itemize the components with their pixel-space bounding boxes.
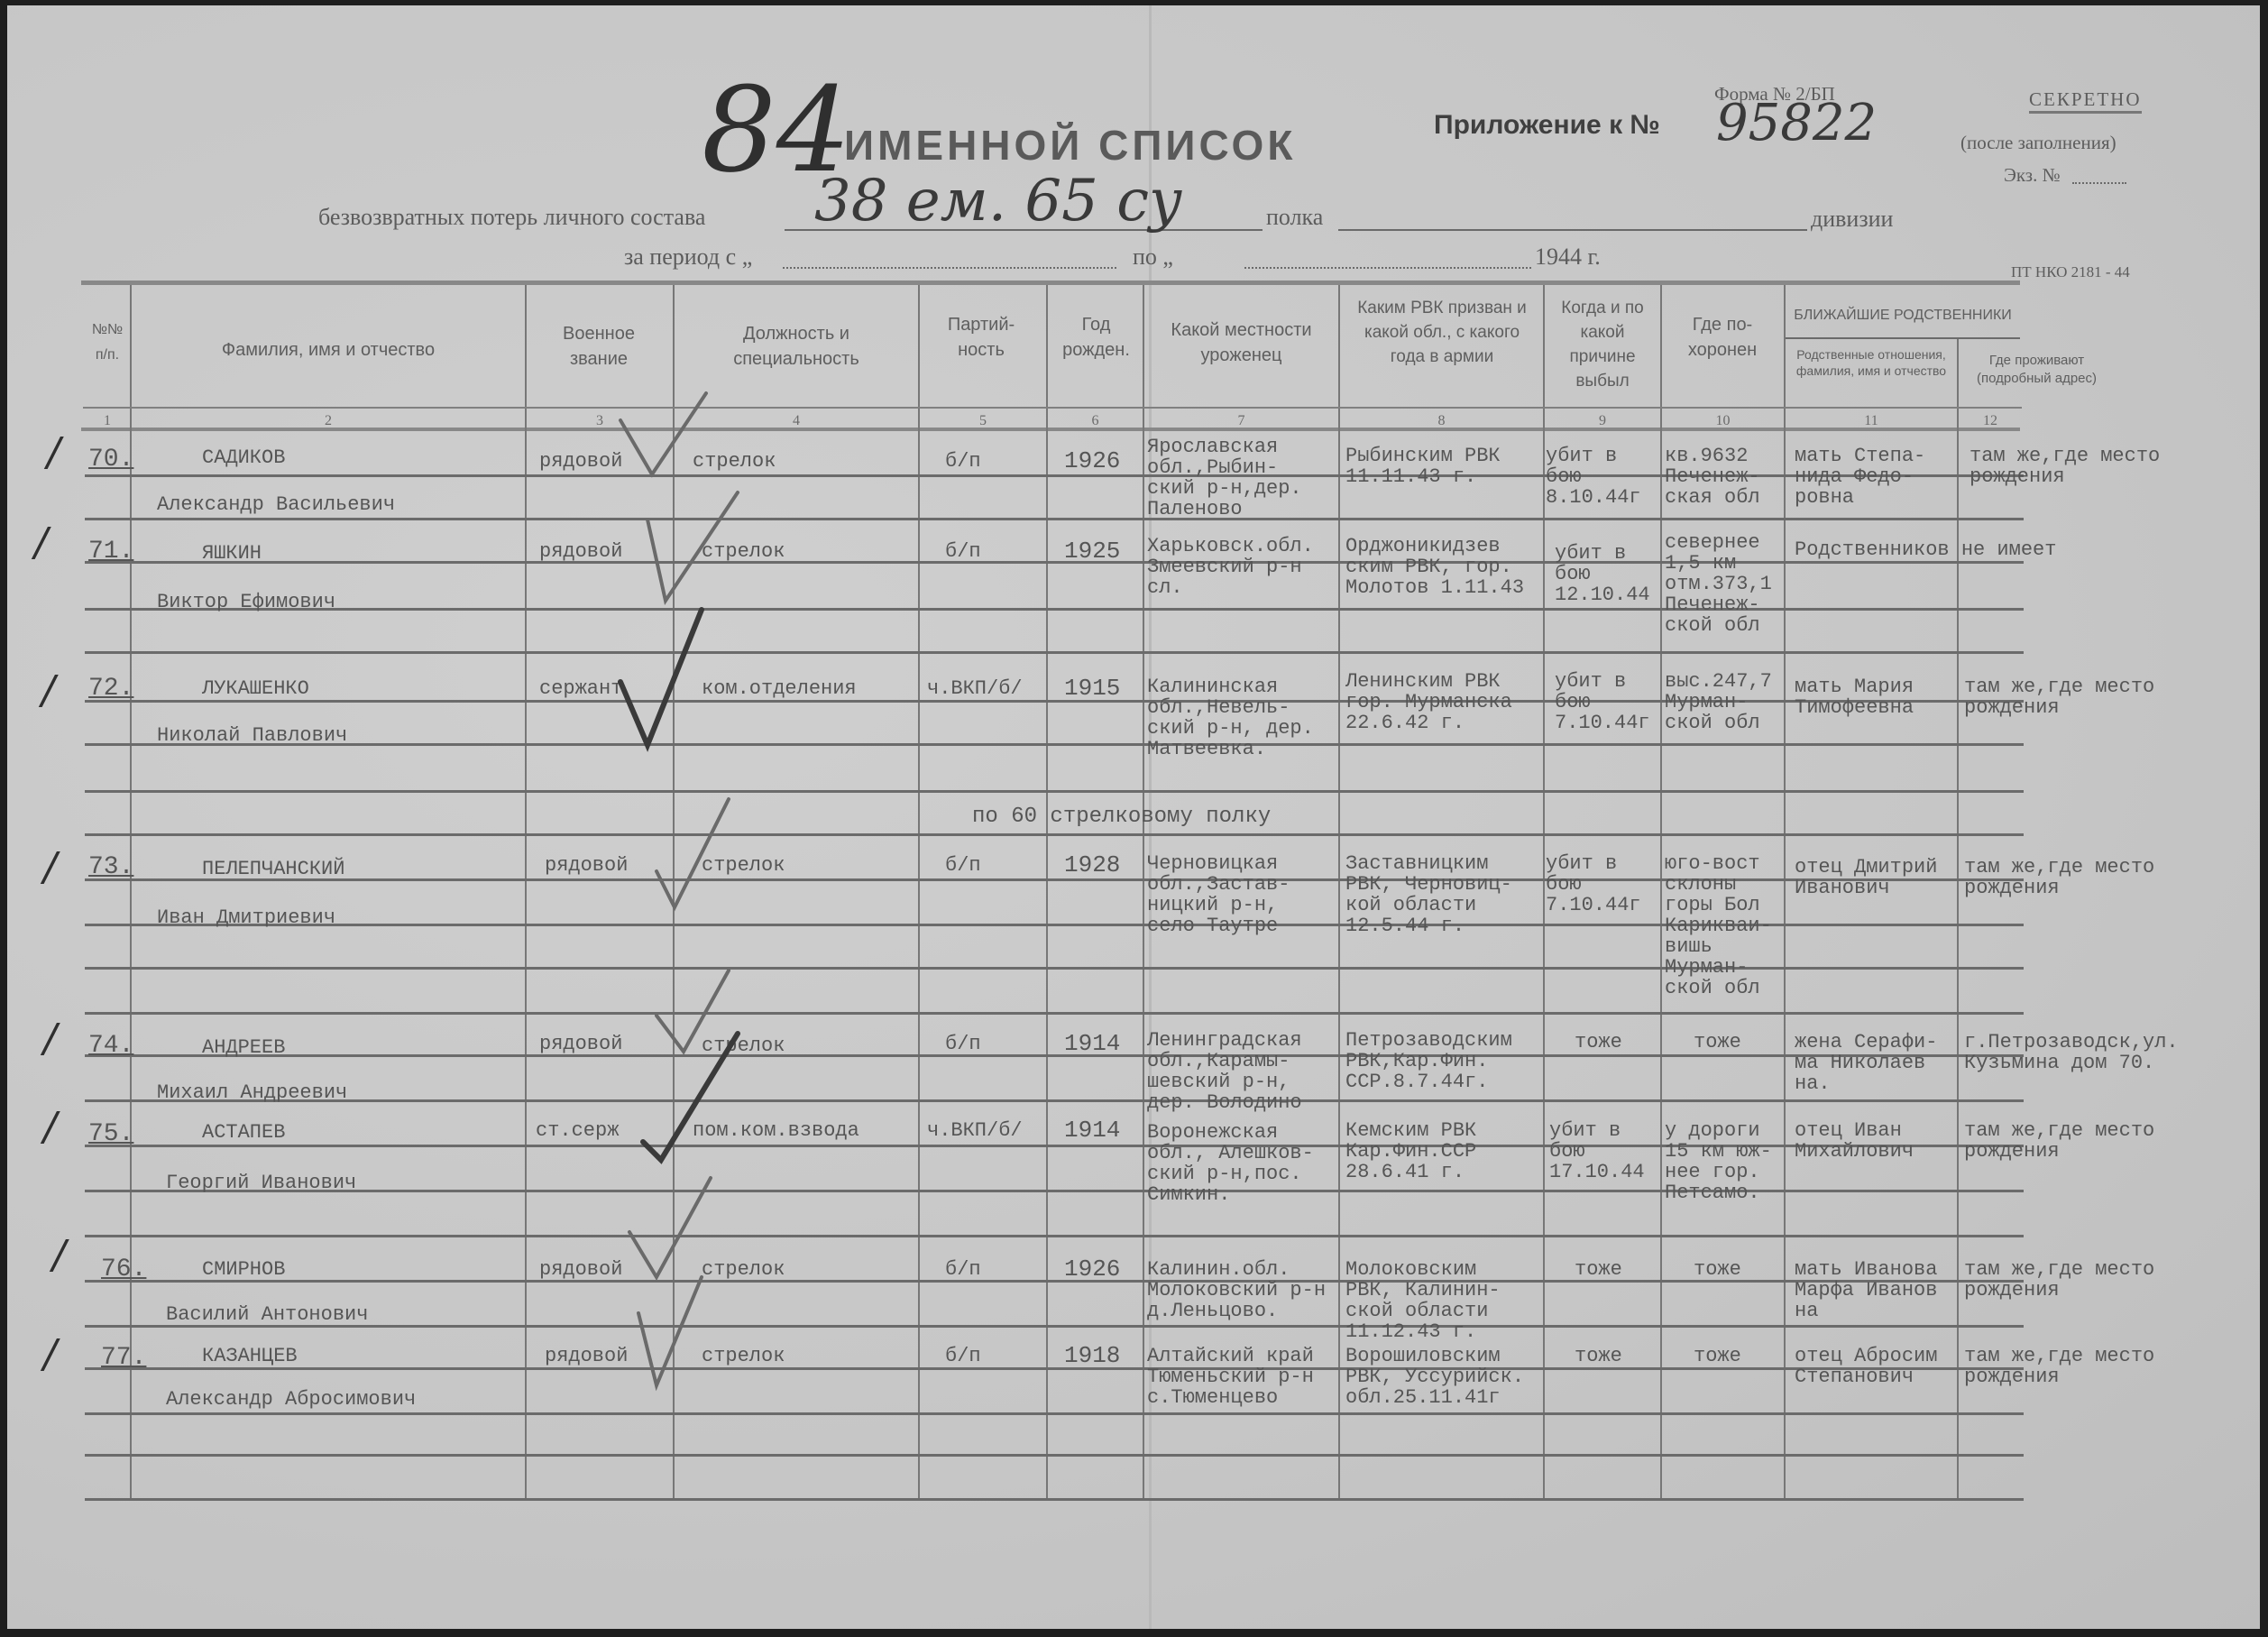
address: там же,где место рождения	[1970, 446, 2160, 487]
col-number-divider	[83, 407, 2022, 409]
division-label: дивизии	[1811, 206, 1893, 233]
surname: ЯШКИН	[202, 543, 262, 564]
period-from-field	[783, 267, 1116, 269]
party: ч.ВКП/б/	[927, 1120, 1023, 1141]
birth-year: 1925	[1064, 541, 1120, 562]
col-header-address: Где проживают (подробный адрес)	[1962, 352, 2111, 388]
birth-year: 1914	[1064, 1034, 1120, 1054]
row-number: 70.	[88, 449, 133, 470]
row-rule	[85, 1012, 2024, 1015]
period-to-field	[1244, 267, 1531, 269]
given-names: Александр Абросимович	[166, 1389, 416, 1410]
col-divider	[918, 285, 920, 1498]
margin-tick-icon: /	[52, 1232, 66, 1278]
surname: ПЕЛЕПЧАНСКИЙ	[202, 859, 344, 879]
row-number: 77.	[101, 1347, 146, 1368]
burial-place: севернее 1,5 км отм.373,1 Печенеж- ской …	[1665, 532, 1772, 636]
margin-tick-icon: /	[43, 1104, 57, 1150]
row-number: 73.	[88, 857, 133, 878]
address: там же,где место рождения	[1964, 1120, 2154, 1162]
row-rule	[85, 743, 2024, 746]
rank: рядовой	[539, 1034, 622, 1054]
col-number: 12	[1959, 413, 2022, 429]
row-number: 75.	[88, 1124, 133, 1145]
burial-place: у дороги 15 км юж- нее гор. Петсамо.	[1665, 1120, 1772, 1203]
rank: сержант	[539, 678, 622, 699]
col-number: 7	[1144, 413, 1338, 429]
col-number: 6	[1048, 413, 1143, 429]
birth-year: 1926	[1064, 1259, 1120, 1280]
relative: жена Серафи- ма Николаев на.	[1795, 1032, 1937, 1094]
secret-note: (после заполнения)	[1960, 132, 2116, 154]
address: там же,где место рождения	[1964, 676, 2154, 718]
rank: рядовой	[539, 541, 622, 562]
row-rule	[85, 1367, 2024, 1370]
given-names: Николай Павлович	[157, 725, 347, 746]
birth-year: 1928	[1064, 855, 1120, 876]
rvk: Ворошиловским РВК, Уссурийск. обл.25.11.…	[1345, 1346, 1524, 1408]
period-to-label: по „	[1133, 244, 1173, 271]
col-number: 1	[85, 413, 130, 429]
table-top-rule	[81, 280, 2020, 285]
birth-year: 1914	[1064, 1120, 1120, 1141]
col-number: 2	[132, 413, 525, 429]
party: б/п	[945, 541, 981, 562]
row-rule	[85, 518, 2024, 520]
given-names: Михаил Андреевич	[157, 1082, 347, 1103]
col-number: 11	[1786, 413, 1957, 429]
burial-place: тоже	[1694, 1032, 1741, 1053]
birth-year: 1918	[1064, 1346, 1120, 1366]
col-divider	[1338, 285, 1340, 1498]
margin-tick-icon: /	[47, 429, 60, 475]
birth-year: 1926	[1064, 451, 1120, 472]
document-title: ИМЕННОЙ СПИСОК	[844, 121, 1296, 170]
row-rule	[85, 651, 2024, 654]
rvk: Рыбинским РВК 11.11.43 г.	[1345, 446, 1501, 487]
row-rule	[85, 1454, 2024, 1457]
party: б/п	[945, 855, 981, 876]
birthplace: Ленинградская обл.,Карамы- шевский р-н, …	[1147, 1030, 1302, 1113]
rvk: Ленинским РВК гор. Мурманска 22.6.42 г.	[1345, 671, 1512, 733]
col-divider	[1543, 285, 1545, 1498]
party: б/п	[945, 1259, 981, 1280]
col-number: 5	[920, 413, 1046, 429]
col-divider	[1660, 285, 1662, 1498]
col-header-rvk: Каким РВК призван и какой обл., с какого…	[1347, 296, 1537, 369]
col-number: 10	[1662, 413, 1784, 429]
col-divider	[525, 285, 527, 1498]
surname: СМИРНОВ	[202, 1259, 285, 1280]
col-header-buried: Где по- хоронен	[1668, 312, 1777, 363]
margin-tick-icon: /	[43, 844, 57, 890]
birthplace: Калининская обл.,Невель- ский р-н, дер. …	[1147, 676, 1314, 759]
col-header-position: Должность и специальность	[684, 321, 909, 372]
document-page: 84 ИМЕННОЙ СПИСОК Форма № 2/БП Приложени…	[7, 5, 2260, 1629]
address: там же,где место рождения	[1964, 1259, 2154, 1301]
address: г.Петрозаводск,ул. Кузьмина дом 70.	[1964, 1032, 2179, 1073]
when-why: тоже	[1575, 1259, 1622, 1280]
given-names: Василий Антонович	[166, 1304, 368, 1325]
margin-tick-icon: /	[34, 520, 48, 566]
when-why: убит в бою 17.10.44	[1549, 1120, 1645, 1182]
birthplace: Воронежская обл., Алешков- ский р-н,пос.…	[1147, 1122, 1314, 1205]
birthplace: Харьковск.обл. Змеевский р-н сл.	[1147, 536, 1314, 598]
col-header-birthplace: Какой местности уроженец	[1149, 317, 1334, 368]
relative: отец Абросим Степанович	[1795, 1346, 1937, 1387]
row-rule	[85, 1325, 2024, 1328]
secret-label: СЕКРЕТНО	[2029, 88, 2142, 114]
birthplace: Алтайский край Тюменьский р-н с.Тюменцев…	[1147, 1346, 1314, 1408]
given-names: Георгий Иванович	[166, 1173, 356, 1193]
relative: мать Иванова Марфа Иванов на	[1795, 1259, 1937, 1321]
surname: АНДРЕЕВ	[202, 1037, 285, 1058]
period-year: 1944 г.	[1535, 244, 1601, 271]
when-why: тоже	[1575, 1032, 1622, 1053]
birthplace: Ярославская обл.,Рыбин- ский р-н,дер. Па…	[1147, 437, 1302, 520]
burial-place: тоже	[1694, 1259, 1741, 1280]
col-header-when-why: Когда и по какой причине выбыл	[1549, 296, 1656, 393]
when-why: убит в бою 7.10.44г	[1555, 671, 1650, 733]
surname: САДИКОВ	[202, 447, 285, 468]
col-divider	[1143, 285, 1144, 1498]
surname: ЛУКАШЕНКО	[202, 678, 309, 699]
checkmark-icon	[611, 384, 756, 1503]
relative: отец Дмитрий Иванович	[1795, 857, 1937, 898]
col-header-rank: Военное звание	[536, 321, 662, 372]
when-why: убит в бою 7.10.44г	[1546, 853, 1641, 915]
row-rule	[85, 790, 2024, 793]
print-code: ПТ НКО 2181 - 44	[2011, 263, 2130, 281]
attachment-stamp: Приложение к №	[1434, 110, 1660, 141]
margin-tick-icon: /	[43, 1331, 57, 1377]
birth-year: 1915	[1064, 678, 1120, 699]
party: б/п	[945, 1346, 981, 1366]
col-header-party: Партий- ность	[927, 312, 1035, 363]
row-rule	[85, 1235, 2024, 1237]
rvk: Заставницким РВК, Черновиц- кой области …	[1345, 853, 1512, 936]
address: там же,где место рождения	[1964, 1346, 2154, 1387]
relative: отец Иван Михайлович	[1795, 1120, 1914, 1162]
rvk: Петрозаводским РВК,Кар.Фин. ССР.8.7.44г.	[1345, 1030, 1512, 1092]
surname: КАЗАНЦЕВ	[202, 1346, 298, 1366]
when-why: убит в бою 8.10.44г	[1546, 446, 1641, 508]
rvk: Молоковским РВК, Калинин- ской области 1…	[1345, 1259, 1501, 1342]
copy-number-field	[2072, 182, 2126, 184]
copy-number-label: Экз. №	[2004, 164, 2061, 187]
given-names: Александр Васильевич	[157, 494, 395, 515]
row-rule	[85, 1054, 2024, 1057]
rank: ст.серж	[536, 1120, 619, 1141]
period-from-label: за период с „	[624, 244, 752, 271]
relative: Родственников не имеет	[1795, 539, 2056, 560]
relative: мать Мария Тимофеевна	[1795, 676, 1914, 718]
row-number: 76.	[101, 1259, 146, 1280]
unit-handwritten: 38 ем. 65 су	[814, 168, 1182, 235]
when-why: тоже	[1575, 1346, 1622, 1366]
col-header-name: Фамилия, имя и отчество	[132, 337, 525, 363]
burial-place: кв.9632 Печенеж- ская обл	[1665, 446, 1760, 508]
surname: АСТАПЕВ	[202, 1122, 285, 1143]
margin-tick-icon: /	[43, 1016, 57, 1062]
row-rule	[85, 1099, 2024, 1102]
row-rule	[85, 1412, 2024, 1415]
line1-prefix: безвозвратных потерь личного состава	[318, 204, 705, 231]
address: там же,где место рождения	[1964, 857, 2154, 898]
row-number: 72.	[88, 678, 133, 699]
relatives-group-header: БЛИЖАЙШИЕ РОДСТВЕННИКИ	[1786, 303, 2020, 328]
col-header-relative: Родственные отношения, фамилия, имя и от…	[1789, 346, 1953, 379]
rvk: Кемским РВК Кар.Фин.ССР 28.6.41 г.	[1345, 1120, 1476, 1182]
col-divider	[1046, 285, 1048, 1498]
when-why: убит в бою 12.10.44	[1555, 543, 1650, 605]
row-number: 71.	[88, 541, 133, 562]
col-number: 8	[1340, 413, 1543, 429]
regiment-field	[1338, 229, 1807, 231]
attachment-number: 95822	[1716, 94, 1877, 152]
burial-place: юго-вост склоны горы Бол Карикваи- вишь …	[1665, 853, 1772, 998]
party: б/п	[945, 1034, 981, 1054]
given-names: Иван Дмитриевич	[157, 907, 335, 928]
relatives-group-divider	[1786, 337, 2020, 339]
rvk: Орджоникидзев ским РВК, гор. Молотов 1.1…	[1345, 536, 1524, 598]
row-rule	[85, 1498, 2024, 1501]
burial-place: выс.247,7 Мурман- ской обл	[1665, 671, 1772, 733]
row-number: 74.	[88, 1035, 133, 1056]
given-names: Виктор Ефимович	[157, 592, 335, 612]
relative: мать Степа- нида Федо- ровна	[1795, 446, 1925, 508]
polka-label: полка	[1266, 204, 1323, 231]
rank: рядовой	[539, 451, 622, 472]
party: ч.ВКП/б/	[927, 678, 1023, 699]
section-note: по 60 стрелковому полку	[972, 806, 1271, 827]
rank: рядовой	[539, 1259, 622, 1280]
col-divider	[1784, 285, 1786, 1498]
col-header-birth-year: Год рожден.	[1053, 312, 1139, 363]
birthplace: Калинин.обл. Молоковский р-н д.Леньцово.	[1147, 1259, 1326, 1321]
margin-tick-icon: /	[41, 667, 55, 713]
burial-place: тоже	[1694, 1346, 1741, 1366]
col-number: 9	[1545, 413, 1660, 429]
row-rule	[85, 833, 2024, 836]
party: б/п	[945, 451, 981, 472]
birthplace: Черновицкая обл.,Застав- ницкий р-н, сел…	[1147, 853, 1290, 936]
col-header-number: №№ п/п.	[85, 317, 130, 368]
